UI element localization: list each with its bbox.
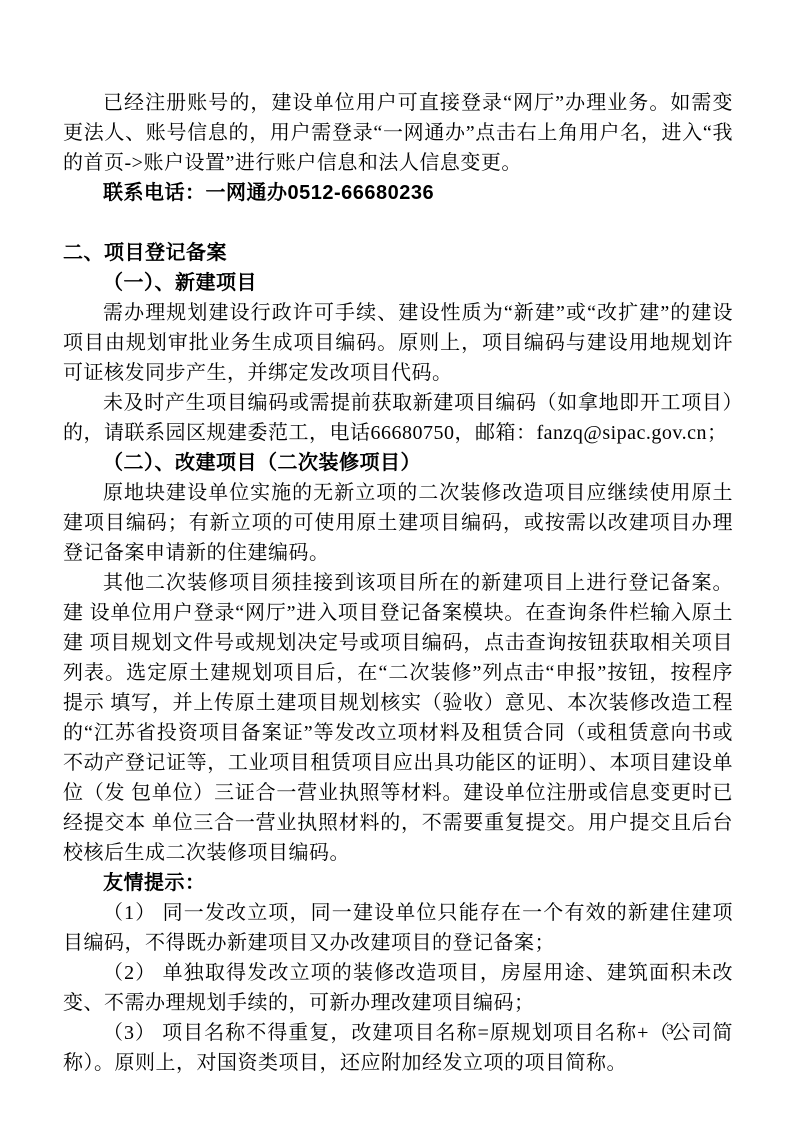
para-tip-3: （3） 项目名称不得重复，改建项目名称=原规划项目名称+（公司简称）。原则上，对… [63, 1018, 733, 1078]
para-tip-2: （2） 单独取得发改立项的装修改造项目，房屋用途、建筑面积未改变、不需办理规划手… [63, 958, 733, 1018]
document-body: 已经注册账号的，建设单位用户可直接登录“网厅”办理业务。如需变更法人、账号信息的… [63, 88, 733, 1078]
para-rebuild-coding: 原地块建设单位实施的无新立项的二次装修改造项目应继续使用原土建项目编码；有新立项… [63, 478, 733, 568]
heading-subsection-2-rebuild-project: （二）、改建项目（二次装修项目） [63, 448, 733, 478]
para-secondary-decoration-process: 其他二次装修项目须挂接到该项目所在的新建项目上进行登记备案。建 设单位用户登录“… [63, 568, 733, 868]
blank-line [63, 208, 733, 238]
heading-friendly-tips: 友情提示： [63, 868, 733, 898]
page-number: 3 [660, 1020, 680, 1040]
contact-phone-line: 联系电话：一网通办0512-66680236 [63, 178, 733, 208]
heading-section-2: 二、项目登记备案 [63, 238, 733, 268]
para-new-project-coding: 需办理规划建设行政许可手续、建设性质为“新建”或“改扩建”的建设项目由规划审批业… [63, 298, 733, 388]
para-tip-1: （1） 同一发改立项，同一建设单位只能存在一个有效的新建住建项目编码，不得既办新… [63, 898, 733, 958]
para-contact-fanzq: 未及时产生项目编码或需提前获取新建项目编码（如拿地即开工项目）的，请联系园区规建… [63, 388, 733, 448]
para-registered-account: 已经注册账号的，建设单位用户可直接登录“网厅”办理业务。如需变更法人、账号信息的… [63, 88, 733, 178]
heading-subsection-1-new-project: （一）、新建项目 [63, 268, 733, 298]
document-page: 已经注册账号的，建设单位用户可直接登录“网厅”办理业务。如需变更法人、账号信息的… [0, 0, 794, 1123]
